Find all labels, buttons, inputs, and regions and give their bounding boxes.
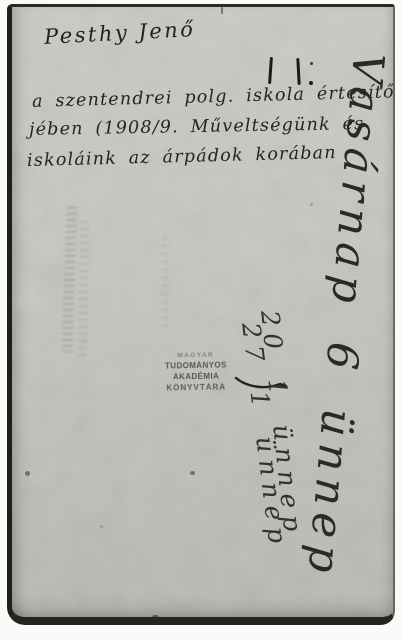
signature-pesthy-jeno: Pesthy Jenő <box>43 17 195 49</box>
photo-card-back: Pesthy Jenő a szentendrei polg. iskola é… <box>7 4 395 625</box>
ink-dot <box>310 62 313 65</box>
stamp-line-akademia: TUDOMÁNYOS AKADÉMIA <box>144 359 248 383</box>
scanned-photo-verso: Pesthy Jenő a szentendrei polg. iskola é… <box>0 0 403 640</box>
note-line-3: iskoláink az árpádok korában <box>27 143 337 171</box>
paper-speck <box>190 471 195 475</box>
paper-speck <box>259 125 261 127</box>
note-line-2: jében (1908/9. Műveltségünk és <box>29 114 365 140</box>
paper-speck <box>221 7 223 14</box>
ghost-text-smudge <box>61 207 77 352</box>
ghost-text-smudge <box>78 221 89 359</box>
paper-speck <box>25 471 30 476</box>
paper-speck <box>152 615 159 620</box>
pen-tick-mark <box>296 58 300 85</box>
ghost-text-smudge <box>162 237 169 327</box>
paper-speck <box>100 525 103 528</box>
ink-dot <box>309 81 313 85</box>
stamp-line-konyvtara: KÖNYVTÁRA <box>144 381 248 394</box>
library-stamp: MAGYAR TUDOMÁNYOS AKADÉMIA KÖNYVTÁRA <box>144 350 249 394</box>
paper-speck <box>310 203 313 206</box>
pen-tick-mark <box>268 57 272 84</box>
